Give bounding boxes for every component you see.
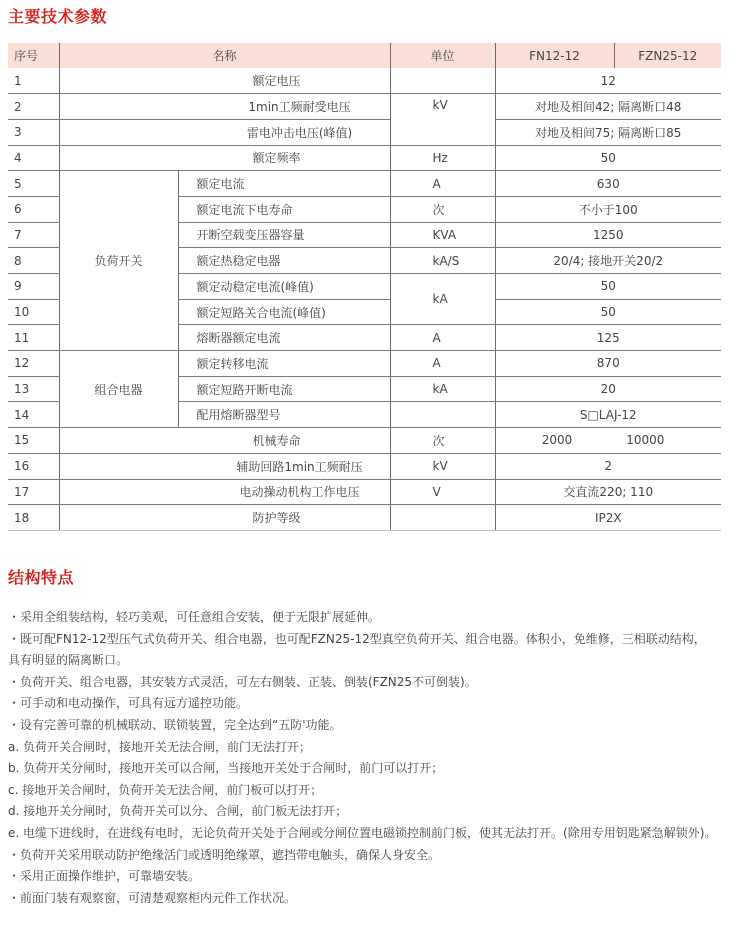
value-fn12: 2000 (496, 433, 609, 447)
row-no: 3 (8, 119, 59, 145)
row-value: S□LAJ-12 (495, 402, 721, 428)
row-no: 8 (8, 248, 59, 274)
section-title-params: 主要技术参数 (8, 4, 107, 27)
table-row: 1 额定电压 12 (8, 68, 721, 94)
row-unit: kV (390, 94, 495, 145)
table-row: 3 雷电冲击电压(峰值) 对地及相间75; 隔离断口85 (8, 119, 721, 145)
row-name: 配用熔断器型号 (178, 402, 390, 428)
row-name: 熔断器额定电流 (178, 325, 390, 351)
row-no: 16 (8, 453, 59, 479)
feature-line: ・前面门装有观察窗，可清楚观察柜内元件工作状况。 (8, 888, 743, 910)
row-name: 机械寿命 (59, 428, 390, 454)
row-name: 1min工频耐受电压 (59, 94, 390, 120)
row-name: 额定电流 (178, 171, 390, 197)
row-name: 开断空载变压器容量 (178, 222, 390, 248)
feature-line: d. 接地开关分闸时，负荷开关可以分、合闸，前门板无法打开； (8, 801, 743, 823)
header-name: 名称 (59, 43, 390, 68)
table-header-row: 序号 名称 单位 FN12-12 FZN25-12 (8, 43, 721, 68)
row-unit (390, 402, 495, 428)
features-list: ・采用全组装结构，轻巧美观，可任意组合安装，便于无限扩展延伸。 ・既可配FN12… (8, 607, 743, 909)
row-name: 防护等级 (59, 505, 390, 531)
row-unit: kV (390, 453, 495, 479)
row-no: 7 (8, 222, 59, 248)
row-unit: A (390, 171, 495, 197)
table-row: 18 防护等级 IP2X (8, 505, 721, 531)
value-fzn25: 10000 (608, 433, 721, 447)
header-model-fzn25: FZN25-12 (614, 43, 721, 68)
row-value: 20/4; 接地开关20/2 (495, 248, 721, 274)
row-no: 18 (8, 505, 59, 531)
table-row: 12 组合电器 额定转移电流 A 870 (8, 351, 721, 377)
header-no: 序号 (8, 43, 59, 68)
feature-line: c. 接地开关合闸时，负荷开关无法合闸，前门板可以打开； (8, 780, 743, 802)
row-value: 2 (495, 453, 721, 479)
row-no: 11 (8, 325, 59, 351)
row-unit: 次 (390, 428, 495, 454)
row-no: 12 (8, 351, 59, 377)
table-row: 15 机械寿命 次 200010000 (8, 428, 721, 454)
row-name: 额定短路开断电流 (178, 376, 390, 402)
row-no: 14 (8, 402, 59, 428)
row-value: 50 (495, 145, 721, 171)
table-row: 2 1min工频耐受电压 kV 对地及相间42; 隔离断口48 (8, 94, 721, 120)
feature-line: ・设有完善可靠的机械联动、联锁装置，完全达到“五防'功能。 (8, 715, 743, 737)
row-name: 辅助回路1min工频耐压 (59, 453, 390, 479)
row-name: 额定热稳定电器 (178, 248, 390, 274)
row-name: 雷电冲击电压(峰值) (59, 119, 390, 145)
row-value: 1250 (495, 222, 721, 248)
row-value: IP2X (495, 505, 721, 531)
row-name: 额定电压 (59, 68, 390, 94)
row-name: 额定短路关合电流(峰值) (178, 299, 390, 325)
row-value: 对地及相间75; 隔离断口85 (495, 119, 721, 145)
feature-line: ・负荷开关、组合电器，其安装方式灵活，可左右侧装、正装、倒装(FZN25不可倒装… (8, 672, 743, 694)
row-name: 额定动稳定电流(峰值) (178, 274, 390, 300)
row-value: 20 (495, 376, 721, 402)
table-row: 5 负荷开关 额定电流 A 630 (8, 171, 721, 197)
header-unit: 单位 (390, 43, 495, 68)
feature-line: 具有明显的隔离断口。 (8, 650, 743, 672)
feature-line: e. 电缆下进线时，在进线有电时，无论负荷开关处于合闸或分闸位置电磁锁控制前门板… (8, 823, 743, 845)
row-value: 交直流220; 110 (495, 479, 721, 505)
feature-line: ・负荷开关采用联动防护绝缘活门或透明绝缘罩，遮挡带电触头，确保人身安全。 (8, 845, 743, 867)
row-no: 10 (8, 299, 59, 325)
row-value: 50 (495, 274, 721, 300)
row-no: 15 (8, 428, 59, 454)
row-value: 200010000 (495, 428, 721, 454)
row-value: 不小于100 (495, 196, 721, 222)
section-title-features: 结构特点 (8, 565, 74, 588)
row-unit: 次 (390, 196, 495, 222)
feature-line: ・采用全组装结构，轻巧美观，可任意组合安装，便于无限扩展延伸。 (8, 607, 743, 629)
row-unit: kA (390, 376, 495, 402)
row-no: 2 (8, 94, 59, 120)
row-value: 630 (495, 171, 721, 197)
technical-params-table: 序号 名称 单位 FN12-12 FZN25-12 1 额定电压 12 2 1m… (8, 43, 721, 531)
group-load-switch: 负荷开关 (59, 171, 178, 351)
feature-line: ・可手动和电动操作，可具有远方遥控功能。 (8, 693, 743, 715)
row-value: 125 (495, 325, 721, 351)
row-no: 4 (8, 145, 59, 171)
row-no: 9 (8, 274, 59, 300)
row-name: 额定频率 (59, 145, 390, 171)
table-row: 17 电动操动机构工作电压 V 交直流220; 110 (8, 479, 721, 505)
row-no: 6 (8, 196, 59, 222)
feature-line: ・采用正面操作维护，可靠墙安装。 (8, 866, 743, 888)
row-value: 12 (495, 68, 721, 94)
row-unit: A (390, 325, 495, 351)
row-value: 对地及相间42; 隔离断口48 (495, 94, 721, 120)
row-no: 1 (8, 68, 59, 94)
row-no: 17 (8, 479, 59, 505)
row-unit: kA/S (390, 248, 495, 274)
feature-line: ・既可配FN12-12型压气式负荷开关、组合电器，也可配FZN25-12型真空负… (8, 629, 743, 651)
table-row: 4 额定频率 Hz 50 (8, 145, 721, 171)
table-row: 16 辅助回路1min工频耐压 kV 2 (8, 453, 721, 479)
row-value: 870 (495, 351, 721, 377)
header-model-fn12: FN12-12 (495, 43, 614, 68)
row-value: 50 (495, 299, 721, 325)
feature-line: a. 负荷开关合闸时，接地开关无法合闸，前门无法打开； (8, 737, 743, 759)
row-no: 5 (8, 171, 59, 197)
row-unit: Hz (390, 145, 495, 171)
row-unit (390, 68, 495, 94)
row-no: 13 (8, 376, 59, 402)
row-unit: kA (390, 274, 495, 325)
row-name: 额定电流下电寿命 (178, 196, 390, 222)
feature-line: b. 负荷开关分闸时，接地开关可以合闸，当接地开关处于合闸时，前门可以打开； (8, 758, 743, 780)
row-name: 额定转移电流 (178, 351, 390, 377)
group-combo: 组合电器 (59, 351, 178, 428)
row-unit: A (390, 351, 495, 377)
row-unit (390, 505, 495, 531)
row-name: 电动操动机构工作电压 (59, 479, 390, 505)
row-unit: KVA (390, 222, 495, 248)
row-unit: V (390, 479, 495, 505)
